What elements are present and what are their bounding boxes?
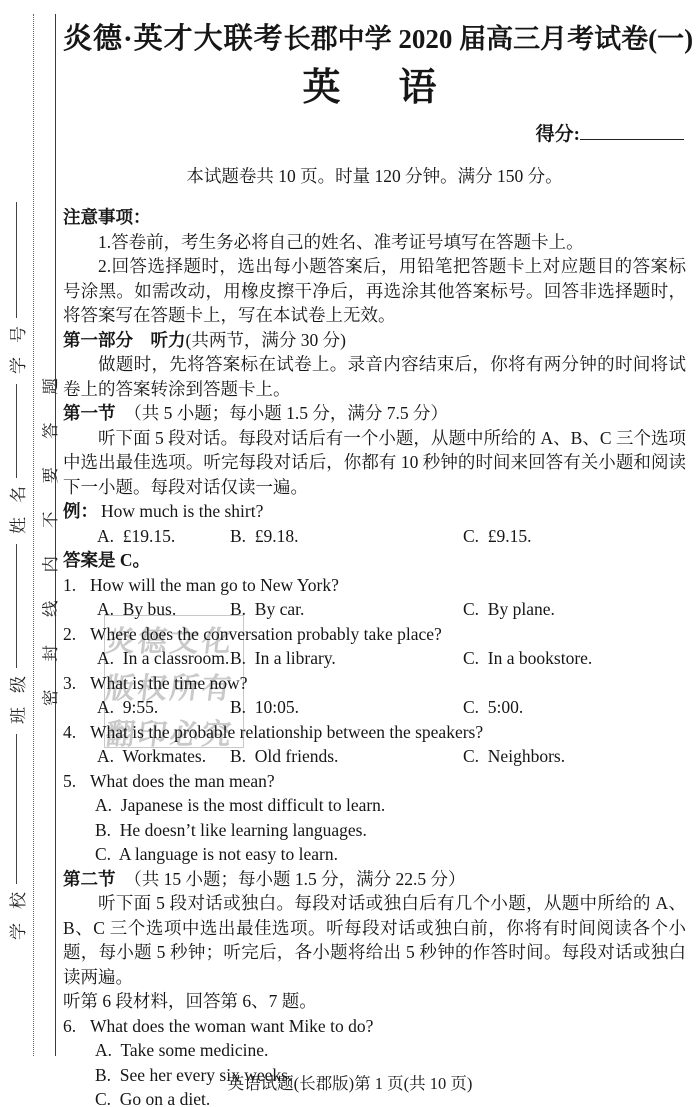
- field-school-label: 学校: [4, 878, 29, 940]
- field-class-label: 班级: [4, 662, 29, 724]
- section1-intro: 听下面 5 段对话。每段对话后有一个小题，从题中所给的 A、B、C 三个选项中选…: [63, 426, 686, 500]
- field-class-blank: [16, 544, 17, 668]
- question-text: Where does the conversation probably tak…: [90, 622, 686, 647]
- page-footer: 英语试题(长郡版)第 1 页(共 10 页): [0, 1070, 700, 1094]
- option-b: B. By car.: [230, 597, 463, 622]
- example-question-text: How much is the shirt?: [101, 499, 686, 524]
- option-c: C. By plane.: [463, 597, 686, 622]
- section2-heading: 第二节 （共 15 小题；每小题 1.5 分，满分 22.5 分）: [63, 867, 686, 892]
- section2-title-note: （共 15 小题；每小题 1.5 分，满分 22.5 分）: [116, 869, 466, 889]
- question-row-2: 2. Where does the conversation probably …: [63, 622, 686, 647]
- option-c: C. Neighbors.: [463, 744, 686, 769]
- question-3-options: A. 9:55. B. 10:05. C. 5:00.: [63, 695, 686, 720]
- field-name-blank: [16, 384, 17, 478]
- exam-page: 炎德·英才大联考长郡中学 2020 届高三月考试卷(一) 英 语 得分: 本试题…: [63, 0, 686, 1107]
- material-6-line: 听第 6 段材料，回答第 6、7 题。: [63, 989, 686, 1014]
- option-b: B. 10:05.: [230, 695, 463, 720]
- section1-heading: 第一节 （共 5 小题；每小题 1.5 分，满分 7.5 分）: [63, 401, 686, 426]
- exam-title: 炎德·英才大联考长郡中学 2020 届高三月考试卷(一): [63, 22, 686, 56]
- field-school-blank: [16, 734, 17, 884]
- question-1-options: A. By bus. B. By car. C. By plane.: [63, 597, 686, 622]
- section2-intro: 听下面 5 段对话或独白。每段对话或独白后有几个小题，从题中所给的 A、B、C …: [63, 891, 686, 989]
- example-question: 例： How much is the shirt?: [63, 499, 686, 524]
- field-student-id-label: 学号: [4, 312, 29, 374]
- question-5-option-c: C. A language is not easy to learn.: [63, 842, 686, 867]
- question-2-options: A. In a classroom. B. In a library. C. I…: [63, 646, 686, 671]
- notes-item-1: 1.答卷前，考生务必将自己的姓名、准考证号填写在答题卡上。: [63, 230, 686, 255]
- section1-title: 第一节: [63, 403, 116, 423]
- part1-heading: 第一部分 听力(共两节，满分 30 分): [63, 328, 686, 353]
- score-label: 得分:: [536, 124, 580, 145]
- question-text: What is the time now?: [90, 671, 686, 696]
- exam-brand: 炎德·英才大联考: [63, 23, 284, 55]
- example-options: A. £19.15. B. £9.18. C. £9.15.: [63, 524, 686, 549]
- notes-heading: 注意事项：: [63, 207, 151, 227]
- question-5-option-a: A. Japanese is the most difficult to lea…: [63, 793, 686, 818]
- part1-title-note: (共两节，满分 30 分): [186, 330, 346, 350]
- seal-dotted-line: [33, 14, 34, 1056]
- question-text: What does the man mean?: [90, 769, 686, 794]
- seal-warning-text: 密封线内不要答题: [37, 332, 55, 706]
- notes-item-2: 2.回答选择题时，选出每小题答案后，用铅笔把答题卡上对应题目的答案标号涂黑。如需…: [63, 254, 686, 328]
- margin-student-fields: 学校 班级 姓名 学号: [1, 128, 31, 946]
- option-b: B. £9.18.: [230, 524, 463, 549]
- score-blank: [580, 125, 684, 140]
- question-6-option-a: A. Take some medicine.: [63, 1038, 686, 1063]
- question-row-3: 3. What is the time now?: [63, 671, 686, 696]
- option-a: A. £19.15.: [97, 524, 230, 549]
- question-text: What does the woman want Mike to do?: [90, 1014, 686, 1039]
- paper-meta: 本试题卷共 10 页。时量 120 分钟。满分 150 分。: [63, 164, 686, 189]
- question-number: 3.: [63, 671, 90, 696]
- score-row: 得分:: [63, 123, 686, 148]
- option-b: B. In a library.: [230, 646, 463, 671]
- option-a: A. By bus.: [97, 597, 230, 622]
- option-c: C. 5:00.: [463, 695, 686, 720]
- subject-title: 英 语: [63, 66, 686, 110]
- part1-title: 第一部分 听力: [63, 330, 186, 350]
- option-c: C. £9.15.: [463, 524, 686, 549]
- exam-title-text: 长郡中学 2020 届高三月考试卷(一): [284, 24, 693, 54]
- question-number: 5.: [63, 769, 90, 794]
- question-row-4: 4. What is the probable relationship bet…: [63, 720, 686, 745]
- question-4-options: A. Workmates. B. Old friends. C. Neighbo…: [63, 744, 686, 769]
- question-5-option-b: B. He doesn’t like learning languages.: [63, 818, 686, 843]
- option-c: C. In a bookstore.: [463, 646, 686, 671]
- field-student-id-blank: [16, 202, 17, 318]
- question-text: How will the man go to New York?: [90, 573, 686, 598]
- option-a: A. Workmates.: [97, 744, 230, 769]
- question-number: 6.: [63, 1014, 90, 1039]
- question-row-6: 6. What does the woman want Mike to do?: [63, 1014, 686, 1039]
- example-label: 例：: [63, 499, 101, 524]
- option-a: A. In a classroom.: [97, 646, 230, 671]
- question-number: 1.: [63, 573, 90, 598]
- section1-title-note: （共 5 小题；每小题 1.5 分，满分 7.5 分）: [116, 403, 449, 423]
- field-name-label: 姓名: [4, 472, 29, 534]
- section2-title: 第二节: [63, 869, 116, 889]
- option-a: A. 9:55.: [97, 695, 230, 720]
- question-number: 4.: [63, 720, 90, 745]
- question-row-1: 1. How will the man go to New York?: [63, 573, 686, 598]
- option-b: B. Old friends.: [230, 744, 463, 769]
- question-row-5: 5. What does the man mean?: [63, 769, 686, 794]
- part1-intro: 做题时，先将答案标在试卷上。录音内容结束后，你将有两分钟的时间将试卷上的答案转涂…: [63, 352, 686, 401]
- example-answer: 答案是 C。: [63, 548, 686, 573]
- question-number: 2.: [63, 622, 90, 647]
- question-text: What is the probable relationship betwee…: [90, 720, 686, 745]
